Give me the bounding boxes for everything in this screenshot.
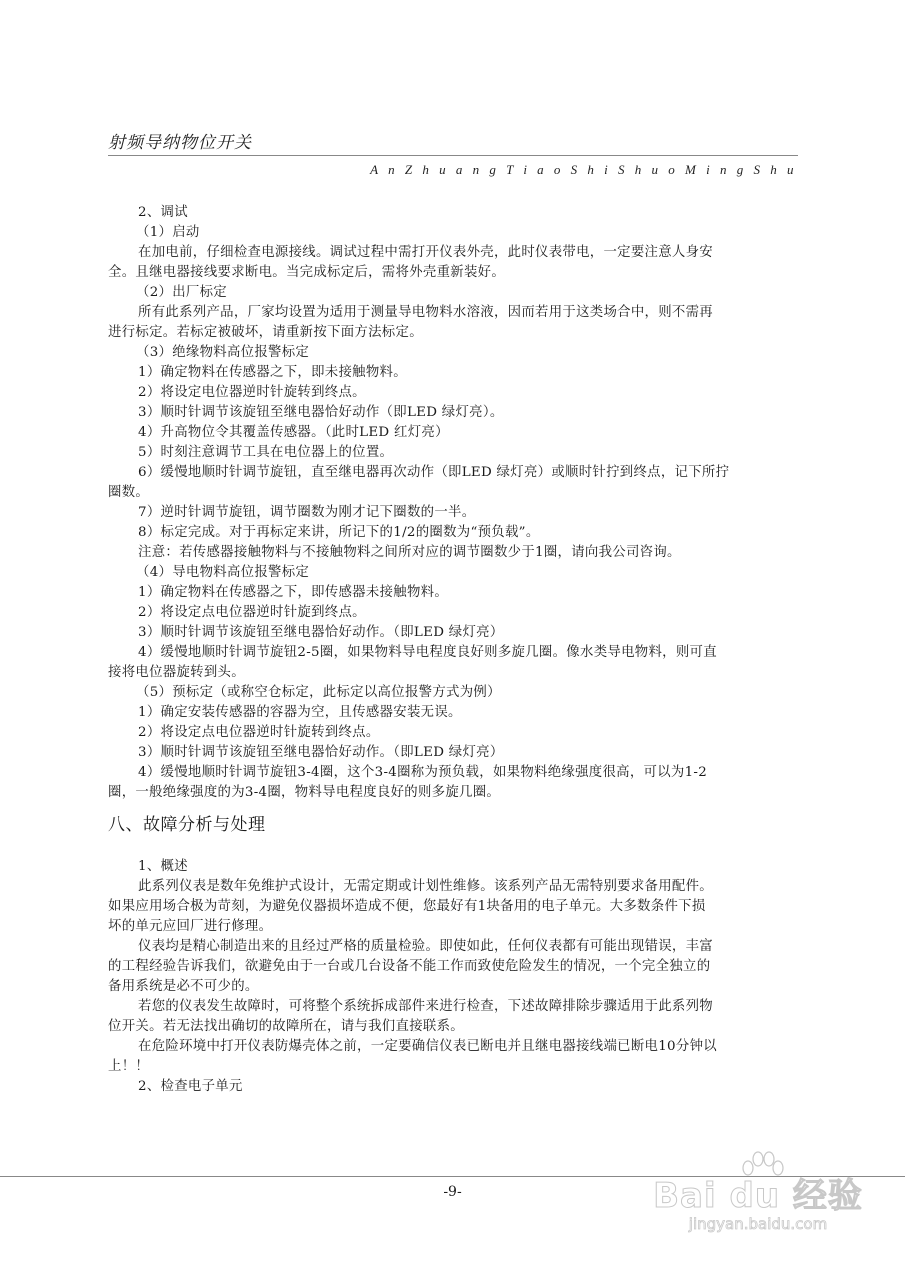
section-heading-check-electronics: 2、检查电子单元 — [108, 1077, 798, 1097]
header-divider — [108, 155, 798, 156]
step-line: 3）顺时针调节该旋钮至继电器恰好动作。（即LED 绿灯亮） — [108, 743, 798, 763]
subsection-heading-insulating: （3）绝缘物料高位报警标定 — [108, 343, 798, 363]
document-header-subtitle: A n Z h u a n g T i a o S h i S h u o M … — [370, 162, 797, 178]
paragraph-line: 的工程经验告诉我们，欲避免由于一台或几台设备不能工作而致使危险发生的情况，一个完… — [108, 957, 798, 977]
step-line: 5）时刻注意调节工具在电位器上的位置。 — [108, 443, 798, 463]
paragraph-line: 仪表均是精心制造出来的且经过严格的质量检验。即使如此，任何仪表都有可能出现错误，… — [108, 937, 798, 957]
step-line: 4）缓慢地顺时针调节旋钮2-5圈，如果物料导电程度良好则多旋几圈。像水类导电物料… — [108, 643, 798, 663]
baidu-watermark: Bai du 经验 jingyan.baidu.com — [648, 1150, 868, 1250]
warning-line: 在危险环境中打开仪表防爆壳体之前，一定要确信仪表已断电并且继电器接线端已断电10… — [108, 1037, 798, 1057]
paragraph-line: 若您的仪表发生故障时，可将整个系统拆成部件来进行检查，下述故障排除步骤适用于此系… — [108, 997, 798, 1017]
paragraph-line: 全。且继电器接线要求断电。当完成标定后，需将外壳重新装好。 — [108, 263, 798, 283]
subsection-heading-precalibration: （5）预标定（或称空仓标定，此标定以高位报警方式为例） — [108, 683, 798, 703]
note-line: 注意：若传感器接触物料与不接触物料之间所对应的调节圈数少于1圈，请向我公司咨询。 — [108, 543, 798, 563]
document-header-title: 射频导纳物位开关 — [108, 128, 252, 153]
section-heading-overview: 1、概述 — [108, 857, 798, 877]
step-line: 接将电位器旋转到头。 — [108, 663, 798, 683]
step-line: 1）确定物料在传感器之下，即未接触物料。 — [108, 363, 798, 383]
subsection-heading-factory: （2）出厂标定 — [108, 283, 798, 303]
step-line: 2）将设定点电位器逆时针旋转到终点。 — [108, 723, 798, 743]
subsection-heading-conductive: （4）导电物料高位报警标定 — [108, 563, 798, 583]
paragraph-line: 位开关。若无法找出确切的故障所在，请与我们直接联系。 — [108, 1017, 798, 1037]
step-line: 2）将设定点电位器逆时针旋到终点。 — [108, 603, 798, 623]
step-line: 1）确定安装传感器的容器为空，且传感器安装无误。 — [108, 703, 798, 723]
paragraph-line: 如果应用场合极为苛刻，为避免仪器损坏造成不便，您最好有1块备用的电子单元。大多数… — [108, 897, 798, 917]
watermark-url: jingyan.baidu.com — [648, 1215, 868, 1233]
step-line: 4）升高物位令其覆盖传感器。（此时LED 红灯亮） — [108, 423, 798, 443]
step-line: 3）顺时针调节该旋钮至继电器恰好动作（即LED 绿灯亮）。 — [108, 403, 798, 423]
step-line: 2）将设定电位器逆时针旋转到终点。 — [108, 383, 798, 403]
paw-icon — [736, 1150, 786, 1190]
section-heading-debug: 2、调试 — [108, 203, 798, 223]
step-line: 1）确定物料在传感器之下，即传感器未接触物料。 — [108, 583, 798, 603]
paragraph-line: 坏的单元应回厂进行修理。 — [108, 917, 798, 937]
paragraph-line: 在加电前，仔细检查电源接线。调试过程中需打开仪表外壳，此时仪表带电，一定要注意人… — [108, 243, 798, 263]
step-line: 8）标定完成。对于再标定来讲，所记下的1/2的圈数为“预负载”。 — [108, 523, 798, 543]
paragraph-line: 备用系统是必不可少的。 — [108, 977, 798, 997]
step-line: 3）顺时针调节该旋钮至继电器恰好动作。（即LED 绿灯亮） — [108, 623, 798, 643]
step-line: 6）缓慢地顺时针调节旋钮，直至继电器再次动作（即LED 绿灯亮）或顺时针拧到终点… — [108, 463, 798, 483]
chapter-heading-fault-analysis: 八、故障分析与处理 — [108, 815, 798, 835]
paragraph-line: 此系列仪表是数年免维护式设计，无需定期或计划性维修。该系列产品无需特别要求备用配… — [108, 877, 798, 897]
page-body: 2、调试 （1）启动 在加电前，仔细检查电源接线。调试过程中需打开仪表外壳，此时… — [108, 203, 798, 1097]
step-line: 圈数。 — [108, 483, 798, 503]
paragraph-line: 所有此系列产品，厂家均设置为适用于测量导电物料水溶液，因而若用于这类场合中，则不… — [108, 303, 798, 323]
step-line: 4）缓慢地顺时针调节旋钮3-4圈，这个3-4圈称为预负载，如果物料绝缘强度很高，… — [108, 763, 798, 783]
step-line: 圈，一般绝缘强度的为3-4圈，物料导电程度良好的则多旋几圈。 — [108, 783, 798, 803]
paragraph-line: 进行标定。若标定被破坏，请重新按下面方法标定。 — [108, 323, 798, 343]
warning-line: 上！！ — [108, 1057, 798, 1077]
subsection-heading-startup: （1）启动 — [108, 223, 798, 243]
step-line: 7）逆时针调节旋钮，调节圈数为刚才记下圈数的一半。 — [108, 503, 798, 523]
